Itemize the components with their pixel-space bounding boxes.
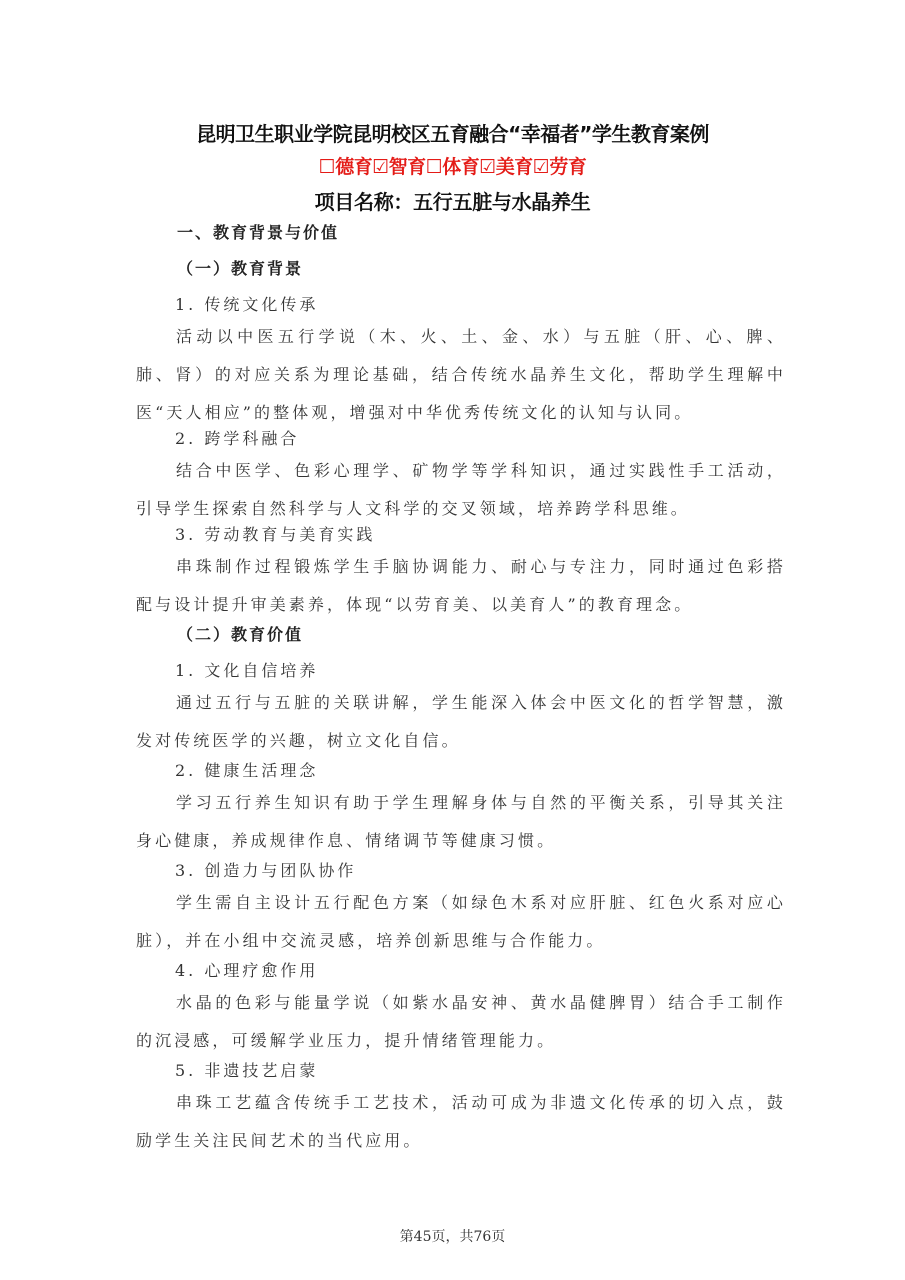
item-title: 4. 心理疗愈作用	[175, 958, 318, 981]
item-paragraph: 串珠制作过程锻炼学生手脑协调能力、耐心与专注力，同时通过色彩搭配与设计提升审美素…	[136, 548, 786, 624]
item-title: 2. 健康生活理念	[175, 758, 318, 781]
item-paragraph: 串珠工艺蕴含传统手工艺技术，活动可成为非遗文化传承的切入点，鼓励学生关注民间艺术…	[136, 1084, 786, 1160]
item-paragraph: 学习五行养生知识有助于学生理解身体与自然的平衡关系，引导其关注身心健康，养成规律…	[136, 784, 786, 860]
education-categories: ☐德育☑智育☐体育☑美育☑劳育	[0, 152, 905, 179]
item-paragraph: 学生需自主设计五行配色方案（如绿色木系对应肝脏、红色火系对应心脏），并在小组中交…	[136, 884, 786, 960]
item-paragraph: 通过五行与五脏的关联讲解，学生能深入体会中医文化的哲学智慧，激发对传统医学的兴趣…	[136, 684, 786, 760]
subsection-heading: （一）教育背景	[177, 256, 303, 279]
project-name: 项目名称：五行五脏与水晶养生	[0, 186, 905, 215]
item-title: 1. 传统文化传承	[175, 292, 318, 315]
item-title: 2. 跨学科融合	[175, 426, 299, 449]
item-paragraph: 水晶的色彩与能量学说（如紫水晶安神、黄水晶健脾胃）结合手工制作的沉浸感，可缓解学…	[136, 984, 786, 1060]
item-title: 1. 文化自信培养	[175, 658, 318, 681]
section-heading: 一、教育背景与价值	[177, 220, 339, 243]
subsection-heading: （二）教育价值	[177, 622, 303, 645]
item-paragraph: 结合中医学、色彩心理学、矿物学等学科知识，通过实践性手工活动，引导学生探索自然科…	[136, 452, 786, 528]
item-title: 5. 非遗技艺启蒙	[175, 1058, 318, 1081]
document-title: 昆明卫生职业学院昆明校区五育融合“幸福者”学生教育案例	[0, 118, 905, 147]
item-title: 3. 创造力与团队协作	[175, 858, 356, 881]
item-paragraph: 活动以中医五行学说（木、火、土、金、水）与五脏（肝、心、脾、肺、肾）的对应关系为…	[136, 318, 786, 432]
item-title: 3. 劳动教育与美育实践	[175, 522, 375, 545]
page-number: 第45页，共76页	[0, 1226, 905, 1246]
document-page: 昆明卫生职业学院昆明校区五育融合“幸福者”学生教育案例 ☐德育☑智育☐体育☑美育…	[0, 0, 905, 1280]
